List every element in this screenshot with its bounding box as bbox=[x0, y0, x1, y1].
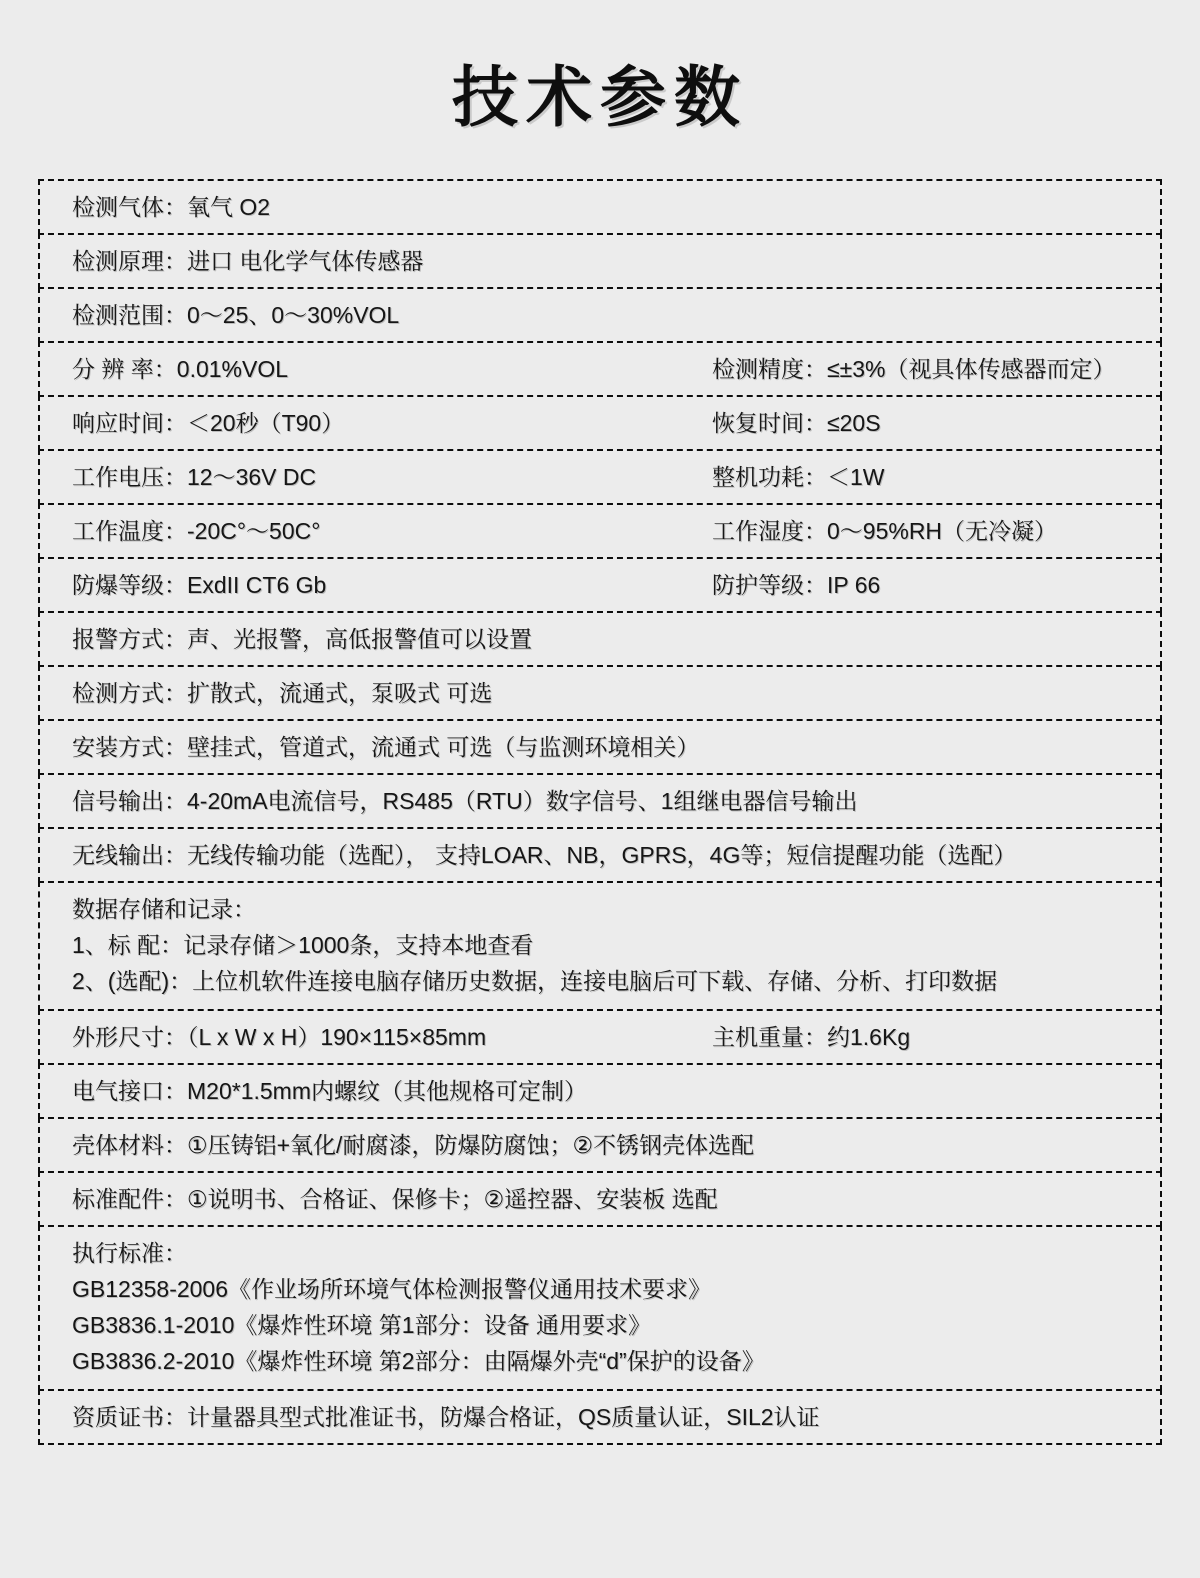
spec-text-left: 电气接口：M20*1.5mm内螺纹（其他规格可定制） bbox=[72, 1073, 587, 1109]
spec-row: 检测范围：0～25、0～30%VOL bbox=[38, 287, 1162, 343]
spec-text-left: 检测范围：0～25、0～30%VOL bbox=[72, 297, 399, 333]
spec-text-left: 检测原理：进口 电化学气体传感器 bbox=[72, 243, 423, 279]
spec-text-left: 防爆等级：ExdII CT6 Gb bbox=[72, 567, 326, 603]
spec-text-left: 报警方式：声、光报警，高低报警值可以设置 bbox=[72, 621, 532, 657]
spec-row: 电气接口：M20*1.5mm内螺纹（其他规格可定制） bbox=[38, 1063, 1162, 1119]
spec-row: 外形尺寸：（L x W x H）190×115×85mm主机重量：约1.6Kg bbox=[38, 1009, 1162, 1065]
spec-text-left: 工作电压：12～36V DC bbox=[72, 459, 316, 495]
spec-row: 分 辨 率：0.01%VOL检测精度：≤±3%（视具体传感器而定） bbox=[38, 341, 1162, 397]
spec-text-left: 标准配件：①说明书、合格证、保修卡；②遥控器、安装板 选配 bbox=[72, 1181, 718, 1217]
spec-text-left: 资质证书：计量器具型式批准证书，防爆合格证，QS质量认证，SIL2认证 bbox=[72, 1399, 820, 1435]
spec-text-right: 恢复时间：≤20S bbox=[712, 405, 881, 441]
spec-text-right: 整机功耗：＜1W bbox=[712, 459, 885, 495]
spec-text-right: 工作湿度：0～95%RH（无冷凝） bbox=[712, 513, 1057, 549]
spec-row: 防爆等级：ExdII CT6 Gb防护等级：IP 66 bbox=[38, 557, 1162, 613]
spec-row: 工作电压：12～36V DC整机功耗：＜1W bbox=[38, 449, 1162, 505]
spec-row: 响应时间：＜20秒（T90）恢复时间：≤20S bbox=[38, 395, 1162, 451]
spec-text-left: 检测方式：扩散式，流通式，泵吸式 可选 bbox=[72, 675, 492, 711]
spec-text-right: 防护等级：IP 66 bbox=[712, 567, 880, 603]
spec-row: 工作温度：-20C°～50C°工作湿度：0～95%RH（无冷凝） bbox=[38, 503, 1162, 559]
spec-row: 资质证书：计量器具型式批准证书，防爆合格证，QS质量认证，SIL2认证 bbox=[38, 1389, 1162, 1445]
spec-row: 标准配件：①说明书、合格证、保修卡；②遥控器、安装板 选配 bbox=[38, 1171, 1162, 1227]
page-title: 技术参数 bbox=[0, 0, 1200, 137]
spec-row: 检测方式：扩散式，流通式，泵吸式 可选 bbox=[38, 665, 1162, 721]
spec-text-left: 响应时间：＜20秒（T90） bbox=[72, 405, 344, 441]
spec-row: 执行标准： GB12358-2006《作业场所环境气体检测报警仪通用技术要求》 … bbox=[38, 1225, 1162, 1391]
spec-text-right: 检测精度：≤±3%（视具体传感器而定） bbox=[712, 351, 1116, 387]
spec-row: 检测气体：氧气 O2 bbox=[38, 179, 1162, 235]
spec-row: 数据存储和记录： 1、标 配：记录存储＞1000条，支持本地查看 2、(选配)：… bbox=[38, 881, 1162, 1011]
spec-row: 壳体材料：①压铸铝+氧化/耐腐漆，防爆防腐蚀；②不锈钢壳体选配 bbox=[38, 1117, 1162, 1173]
spec-row: 安装方式：壁挂式，管道式，流通式 可选（与监测环境相关） bbox=[38, 719, 1162, 775]
spec-sheet-page: { "page": { "title": "技术参数", "background… bbox=[0, 0, 1200, 1578]
spec-table: 检测气体：氧气 O2检测原理：进口 电化学气体传感器检测范围：0～25、0～30… bbox=[38, 179, 1162, 1445]
spec-text-left: 检测气体：氧气 O2 bbox=[72, 189, 270, 225]
spec-text-left: 无线输出：无线传输功能（选配）， 支持LOAR、NB，GPRS，4G等；短信提醒… bbox=[72, 837, 1016, 873]
spec-row: 无线输出：无线传输功能（选配）， 支持LOAR、NB，GPRS，4G等；短信提醒… bbox=[38, 827, 1162, 883]
spec-row: 信号输出：4-20mA电流信号，RS485（RTU）数字信号、1组继电器信号输出 bbox=[38, 773, 1162, 829]
spec-text-left: 安装方式：壁挂式，管道式，流通式 可选（与监测环境相关） bbox=[72, 729, 699, 765]
spec-row: 报警方式：声、光报警，高低报警值可以设置 bbox=[38, 611, 1162, 667]
spec-text-left: 分 辨 率：0.01%VOL bbox=[72, 351, 288, 387]
spec-text-left: 信号输出：4-20mA电流信号，RS485（RTU）数字信号、1组继电器信号输出 bbox=[72, 783, 858, 819]
spec-text-right: 主机重量：约1.6Kg bbox=[712, 1019, 910, 1055]
spec-text-left: 工作温度：-20C°～50C° bbox=[72, 513, 320, 549]
spec-text-left: 执行标准： GB12358-2006《作业场所环境气体检测报警仪通用技术要求》 … bbox=[72, 1235, 765, 1379]
spec-text-left: 壳体材料：①压铸铝+氧化/耐腐漆，防爆防腐蚀；②不锈钢壳体选配 bbox=[72, 1127, 754, 1163]
spec-text-left: 数据存储和记录： 1、标 配：记录存储＞1000条，支持本地查看 2、(选配)：… bbox=[72, 891, 997, 999]
spec-text-left: 外形尺寸：（L x W x H）190×115×85mm bbox=[72, 1019, 486, 1055]
spec-row: 检测原理：进口 电化学气体传感器 bbox=[38, 233, 1162, 289]
